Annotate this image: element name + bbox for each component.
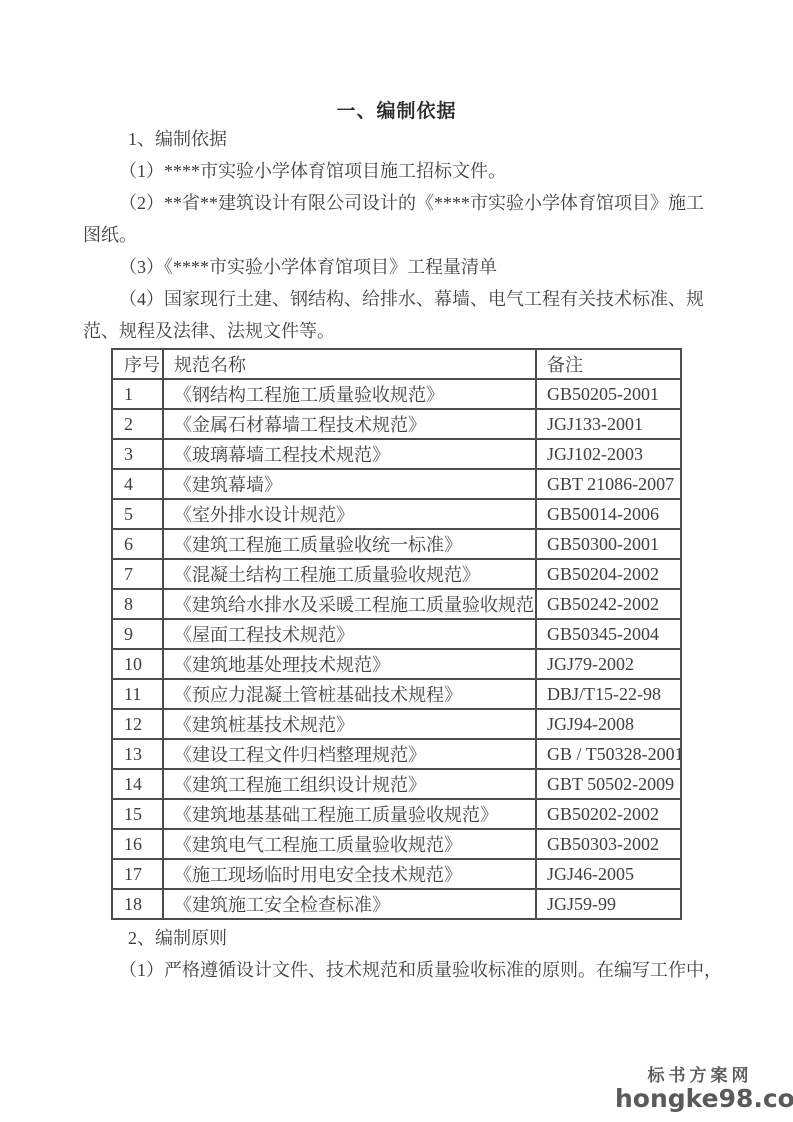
row-number-cell: 15 — [112, 799, 163, 829]
remark-cell: JGJ94-2008 — [536, 709, 681, 739]
table-row: 16《建筑电气工程施工质量验收规范》GB50303-2002 — [112, 829, 681, 859]
column-header-standard-name-cell: 规范名称 — [163, 349, 536, 379]
standard-name-cell: 《建筑施工安全检查标准》 — [163, 889, 536, 919]
row-number-cell: 8 — [112, 589, 163, 619]
row-number-cell: 2 — [112, 409, 163, 439]
standard-name-cell: 《屋面工程技术规范》 — [163, 619, 536, 649]
remark-cell: JGJ79-2002 — [536, 649, 681, 679]
standard-name-cell: 《建筑工程施工质量验收统一标准》 — [163, 529, 536, 559]
standard-name-cell: 《预应力混凝土管桩基础技术规程》 — [163, 679, 536, 709]
table-row: 3《玻璃幕墙工程技术规范》JGJ102-2003 — [112, 439, 681, 469]
section-title: 一、编制依据 — [0, 0, 793, 123]
row-number-cell: 17 — [112, 859, 163, 889]
table-row: 6《建筑工程施工质量验收统一标准》GB50300-2001 — [112, 529, 681, 559]
paragraph-line: 范、规程及法律、法规文件等。 — [83, 315, 710, 347]
row-number-cell: 16 — [112, 829, 163, 859]
table-header-row: 序号规范名称备注 — [112, 349, 681, 379]
row-number-cell: 7 — [112, 559, 163, 589]
standard-name-cell: 《建设工程文件归档整理规范》 — [163, 739, 536, 769]
table-row: 2《金属石材幕墙工程技术规范》JGJ133-2001 — [112, 409, 681, 439]
table-row: 11《预应力混凝土管桩基础技术规程》DBJ/T15-22-98 — [112, 679, 681, 709]
standard-name-cell: 《建筑桩基技术规范》 — [163, 709, 536, 739]
remark-cell: GBT 50502-2009 — [536, 769, 681, 799]
paragraph-line: 图纸。 — [83, 219, 710, 251]
remark-cell: GB50303-2002 — [536, 829, 681, 859]
remark-cell: JGJ59-99 — [536, 889, 681, 919]
row-number-cell: 1 — [112, 379, 163, 409]
remark-cell: GB50242-2002 — [536, 589, 681, 619]
watermark-site-url: hongke98.com — [615, 1086, 785, 1112]
row-number-cell: 12 — [112, 709, 163, 739]
row-number-cell: 3 — [112, 439, 163, 469]
table-row: 12《建筑桩基技术规范》JGJ94-2008 — [112, 709, 681, 739]
table-row: 5《室外排水设计规范》GB50014-2006 — [112, 499, 681, 529]
remark-cell: GB50202-2002 — [536, 799, 681, 829]
remark-cell: GBT 21086-2007 — [536, 469, 681, 499]
table-row: 10《建筑地基处理技术规范》JGJ79-2002 — [112, 649, 681, 679]
paragraph-line: 2、编制原则 — [83, 922, 710, 954]
table-row: 1《钢结构工程施工质量验收规范》GB50205-2001 — [112, 379, 681, 409]
row-number-cell: 4 — [112, 469, 163, 499]
row-number-cell: 9 — [112, 619, 163, 649]
standard-name-cell: 《建筑地基基础工程施工质量验收规范》 — [163, 799, 536, 829]
row-number-cell: 6 — [112, 529, 163, 559]
standard-name-cell: 《建筑幕墙》 — [163, 469, 536, 499]
paragraph-line: 1、编制依据 — [83, 123, 710, 155]
standards-table-body: 1《钢结构工程施工质量验收规范》GB50205-20012《金属石材幕墙工程技术… — [112, 379, 681, 919]
remark-cell: GB50014-2006 — [536, 499, 681, 529]
column-header-remark-cell: 备注 — [536, 349, 681, 379]
standard-name-cell: 《金属石材幕墙工程技术规范》 — [163, 409, 536, 439]
remark-cell: GB50205-2001 — [536, 379, 681, 409]
table-row: 17《施工现场临时用电安全技术规范》JGJ46-2005 — [112, 859, 681, 889]
row-number-cell: 13 — [112, 739, 163, 769]
standard-name-cell: 《钢结构工程施工质量验收规范》 — [163, 379, 536, 409]
standard-name-cell: 《室外排水设计规范》 — [163, 499, 536, 529]
row-number-cell: 18 — [112, 889, 163, 919]
intro-paragraphs: 1、编制依据 （1）****市实验小学体育馆项目施工招标文件。 （2）**省**… — [0, 123, 793, 347]
watermark-site-name: 标书方案网 — [615, 1066, 785, 1086]
paragraph-line: （1）严格遵循设计文件、技术规范和质量验收标准的原则。在编写工作中， — [83, 954, 710, 986]
remark-cell: GB / T50328-2001 — [536, 739, 681, 769]
remark-cell: JGJ133-2001 — [536, 409, 681, 439]
table-row: 8《建筑给水排水及采暖工程施工质量验收规范》GB50242-2002 — [112, 589, 681, 619]
closing-paragraphs: 2、编制原则 （1）严格遵循设计文件、技术规范和质量验收标准的原则。在编写工作中… — [0, 922, 793, 986]
column-header-row-number-cell: 序号 — [112, 349, 163, 379]
paragraph-line: （4）国家现行土建、钢结构、给排水、幕墙、电气工程有关技术标准、规 — [83, 283, 710, 315]
standard-name-cell: 《建筑电气工程施工质量验收规范》 — [163, 829, 536, 859]
table-row: 14《建筑工程施工组织设计规范》GBT 50502-2009 — [112, 769, 681, 799]
table-row: 18《建筑施工安全检查标准》JGJ59-99 — [112, 889, 681, 919]
document-page: 一、编制依据 1、编制依据 （1）****市实验小学体育馆项目施工招标文件。 （… — [0, 0, 793, 1122]
paragraph-line: （2）**省**建筑设计有限公司设计的《****市实验小学体育馆项目》施工 — [83, 187, 710, 219]
standard-name-cell: 《建筑地基处理技术规范》 — [163, 649, 536, 679]
remark-cell: GB50300-2001 — [536, 529, 681, 559]
row-number-cell: 14 — [112, 769, 163, 799]
row-number-cell: 5 — [112, 499, 163, 529]
remark-cell: DBJ/T15-22-98 — [536, 679, 681, 709]
remark-cell: JGJ102-2003 — [536, 439, 681, 469]
remark-cell: JGJ46-2005 — [536, 859, 681, 889]
row-number-cell: 11 — [112, 679, 163, 709]
paragraph-line: （3）《****市实验小学体育馆项目》工程量清单 — [83, 251, 710, 283]
table-row: 4《建筑幕墙》GBT 21086-2007 — [112, 469, 681, 499]
site-watermark: 标书方案网 hongke98.com — [615, 1066, 785, 1112]
standard-name-cell: 《建筑给水排水及采暖工程施工质量验收规范》 — [163, 589, 536, 619]
remark-cell: GB50345-2004 — [536, 619, 681, 649]
table-row: 9《屋面工程技术规范》GB50345-2004 — [112, 619, 681, 649]
standards-table-head: 序号规范名称备注 — [112, 349, 681, 379]
standard-name-cell: 《施工现场临时用电安全技术规范》 — [163, 859, 536, 889]
remark-cell: GB50204-2002 — [536, 559, 681, 589]
standard-name-cell: 《玻璃幕墙工程技术规范》 — [163, 439, 536, 469]
paragraph-line: （1）****市实验小学体育馆项目施工招标文件。 — [83, 155, 710, 187]
table-row: 13《建设工程文件归档整理规范》GB / T50328-2001 — [112, 739, 681, 769]
table-row: 7《混凝土结构工程施工质量验收规范》GB50204-2002 — [112, 559, 681, 589]
standard-name-cell: 《混凝土结构工程施工质量验收规范》 — [163, 559, 536, 589]
table-row: 15《建筑地基基础工程施工质量验收规范》GB50202-2002 — [112, 799, 681, 829]
row-number-cell: 10 — [112, 649, 163, 679]
standards-table: 序号规范名称备注 1《钢结构工程施工质量验收规范》GB50205-20012《金… — [111, 348, 682, 920]
standard-name-cell: 《建筑工程施工组织设计规范》 — [163, 769, 536, 799]
